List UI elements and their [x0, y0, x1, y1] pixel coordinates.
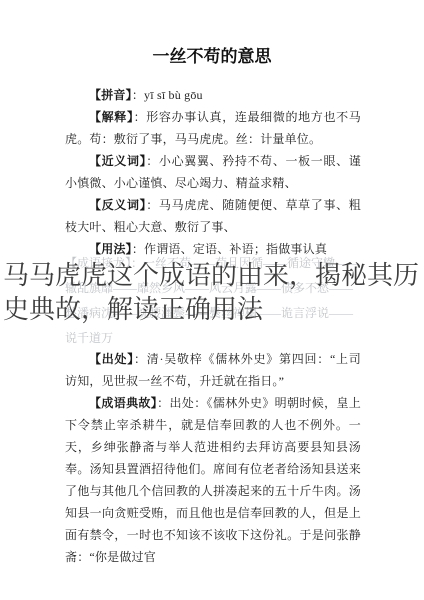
entry-source: 【出处】：清·吴敬梓《儒林外史》第四回：“上司访知，见世叔一丝不苟，升迁就在指日… — [65, 348, 361, 392]
entry-antonyms-label: 【反义词】 — [89, 198, 146, 212]
entry-story-text: ：出处：《儒林外史》明朝时候，皇上下令禁止宰杀耕牛，就是信奉回教的人也不例外。一… — [65, 396, 361, 564]
entry-source-label: 【出处】 — [89, 352, 134, 366]
idiom-chain-line: 说千道万 — [65, 326, 404, 351]
story-section: 【出处】：清·吴敬梓《儒林外史》第四回：“上司访知，见世叔一丝不苟，升迁就在指日… — [65, 348, 361, 568]
entry-story: 【成语典故】：出处：《儒林外史》明朝时候，皇上下令禁止宰杀耕牛，就是信奉回教的人… — [65, 392, 361, 568]
entry-synonyms-label: 【近义词】 — [89, 154, 146, 168]
entry-explanation-label: 【解释】 — [89, 110, 134, 124]
entry-pinyin-label: 【拼音】 — [89, 88, 132, 102]
document-page: 一丝不苟的意思 【拼音】：yī sī bù gōu 【解释】：形容办事认真，连最… — [0, 0, 424, 600]
entry-pinyin: 【拼音】：yī sī bù gōu — [65, 84, 361, 106]
entry-story-label: 【成语典故】 — [89, 396, 157, 410]
definition-section: 【拼音】：yī sī bù gōu 【解释】：形容办事认真，连最细微的地方也不马… — [65, 84, 361, 260]
page-title: 一丝不苟的意思 — [0, 47, 424, 67]
entry-synonyms: 【近义词】：小心翼翼、矜持不苟、一板一眼、谨小慎微、小心谨慎、尽心竭力、精益求精… — [65, 150, 361, 194]
entry-antonyms: 【反义词】：马马虎虎、随随便便、草草了事、粗枝大叶、粗心大意、敷衍了事、 — [65, 194, 361, 238]
entry-explanation: 【解释】：形容办事认真，连最细微的地方也不马虎。苟：敷衍了事，马马虎虎。丝：计量… — [65, 106, 361, 150]
overlay-headline: 马马虎虎这个成语的由来，揭秘其历史典故，解读正确用法 — [3, 258, 423, 326]
entry-pinyin-text: ：yī sī bù gōu — [132, 88, 203, 102]
